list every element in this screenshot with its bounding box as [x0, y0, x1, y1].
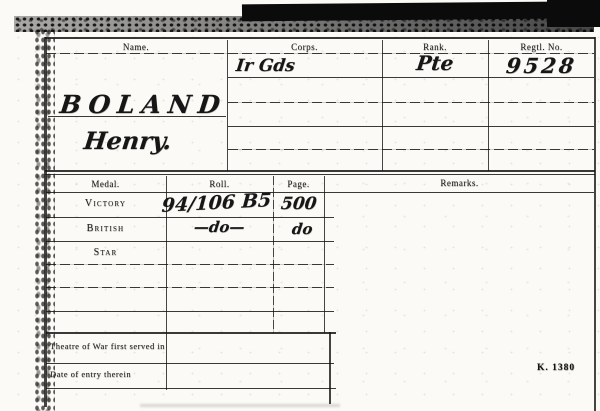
- medal-row-line: [46, 241, 334, 242]
- entry-row-line: [228, 102, 594, 103]
- scan-bottom-smudge: [140, 404, 340, 407]
- british-roll-ditto-handwritten: —do—: [193, 218, 246, 236]
- medal-column-header: Medal.: [45, 179, 166, 189]
- section-divider: [45, 170, 595, 172]
- medal-row-line: [46, 311, 334, 312]
- card-left-border: [44, 37, 47, 407]
- victory-page-handwritten: 500: [280, 194, 318, 214]
- entry-row-line: [228, 126, 594, 127]
- theatre-of-war-label: Theatre of War first served in: [50, 341, 165, 351]
- corps-handwritten: Ir Gds: [235, 56, 296, 76]
- card-top-border: [45, 37, 595, 39]
- regtl-no-handwritten: 9528: [486, 53, 596, 78]
- divider-page-remarks: [324, 176, 325, 333]
- section-divider: [45, 174, 595, 175]
- card-right-border: [594, 37, 596, 411]
- page-column-header: Page.: [273, 179, 324, 189]
- rank-handwritten: Pte: [381, 51, 490, 75]
- footer-right-border: [329, 332, 331, 404]
- medal-header-underline: [46, 192, 594, 193]
- corps-column-header: Corps.: [227, 42, 382, 52]
- scan-top-black-band: [242, 2, 554, 22]
- footer-bottom-line: [46, 388, 336, 389]
- roll-column-header: Roll.: [166, 179, 273, 189]
- theatre-row-line: [46, 363, 334, 364]
- entry-row-line: [228, 149, 594, 150]
- regtl-no-column-header: Regtl. No.: [488, 42, 595, 52]
- medal-index-card-scan: Name. Corps. Rank. Regtl. No. BOLAND Hen…: [0, 0, 600, 411]
- medal-row-star-label: Star: [45, 247, 166, 258]
- medal-row-line: [46, 264, 334, 265]
- medal-row-british-label: British: [45, 223, 166, 234]
- scan-top-right-black-band: [547, 0, 600, 27]
- medal-row-line: [46, 287, 334, 288]
- divider-roll-page: [273, 176, 274, 333]
- victory-roll-handwritten: 94/106 B5: [161, 189, 272, 217]
- divider-name-corps: [227, 40, 228, 171]
- date-of-entry-label: Date of entry therein: [50, 369, 131, 379]
- medal-table-bottom: [46, 332, 336, 334]
- medal-row-victory-label: Victory: [45, 198, 166, 209]
- surname-handwritten: BOLAND: [58, 90, 228, 119]
- medal-row-line: [46, 217, 334, 218]
- form-code: K. 1380: [537, 363, 575, 373]
- remarks-column-header: Remarks.: [324, 178, 595, 188]
- name-column-header: Name.: [45, 42, 227, 52]
- forename-handwritten: Henry.: [82, 126, 173, 155]
- british-page-ditto-handwritten: do: [291, 220, 314, 238]
